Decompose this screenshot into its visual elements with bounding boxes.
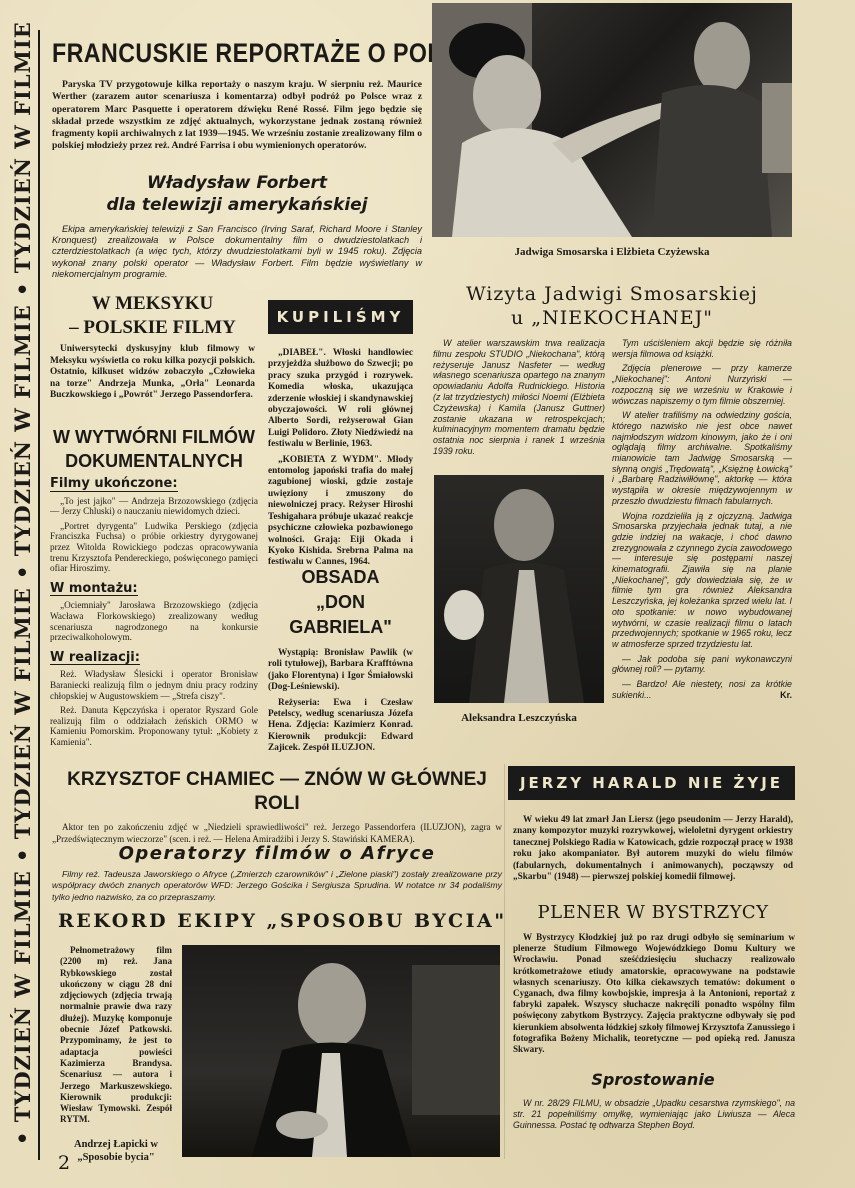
title-line: u „NIEKOCHANEJ" [432, 306, 792, 330]
section-heading: W realizacji: [50, 653, 140, 666]
article-wytwornia: W WYTWÓRNI FILMÓW DOKUMENTALNYCH Filmy u… [50, 425, 258, 751]
paragraph: „Portret dyrygenta" Ludwika Perskiego (z… [50, 521, 258, 574]
photo-caption: Aleksandra Leszczyńska [434, 712, 604, 724]
article-title: OBSADA „DON GABRIELA" [268, 565, 413, 640]
section-heading: W montażu: [50, 584, 138, 597]
author-signature: Kr. [770, 690, 792, 701]
article-body: Paryska TV przygotowuje kilka reportaży … [52, 79, 422, 153]
paragraph: W nr. 28/29 FILMU, w obsadzie „Upadku ce… [513, 1098, 795, 1132]
article-body: Ekipa amerykańskiej telewizji z San Fran… [52, 224, 422, 280]
newspaper-page: • TYDZIEŃ W FILMIE • TYDZIEŃ W FILMIE • … [0, 0, 855, 1188]
article-sprostowanie-body: W nr. 28/29 FILMU, w obsadzie „Upadku ce… [513, 1098, 795, 1136]
article-body: Filmy reż. Tadeusza Jaworskiego o Afryce… [52, 869, 502, 903]
paragraph: Tym uściśleniem akcji będzie się różniła… [612, 338, 792, 359]
spine-label: • TYDZIEŃ W FILMIE • TYDZIEŃ W FILMIE • … [8, 35, 38, 1145]
photo-lapicki [182, 945, 500, 1157]
photo-image [182, 945, 500, 1157]
title-line: W WYTWÓRNI FILMÓW [50, 425, 258, 449]
article-title-rekord: REKORD EKIPY „SPOSOBU BYCIA" [58, 910, 498, 932]
section-heading: Filmy ukończone: [50, 479, 178, 492]
photo-image [434, 475, 604, 703]
paragraph: „KOBIETA Z WYDM". Młody entomolog japońs… [268, 455, 413, 569]
section-banner: KUPILIŚMY [268, 300, 413, 334]
article-title: KRZYSZTOF CHAMIEC — ZNÓW W GŁÓWNEJ ROLI [52, 768, 502, 816]
paragraph: „DIABEŁ". Włoski handlowiec przyjeżdża s… [268, 348, 413, 451]
paragraph: Pełnometrażowy film (2200 m) reż. Jana R… [60, 945, 172, 1126]
article-rekord-body: Pełnometrażowy film (2200 m) reż. Jana R… [60, 945, 172, 1164]
section-spine: • TYDZIEŃ W FILMIE • TYDZIEŃ W FILMIE • … [8, 30, 40, 1160]
article-plener-body: W Bystrzycy Kłodzkiej już po raz drugi o… [513, 932, 795, 1059]
article-chamiec: KRZYSZTOF CHAMIEC — ZNÓW W GŁÓWNEJ ROLI … [52, 768, 502, 849]
photo-image [432, 3, 792, 237]
paragraph: — Bardzo! Ale niestety, nosi za krótkie … [612, 679, 792, 700]
article-title-plener: PLENER W BYSTRZYCY [508, 902, 798, 923]
paragraph: Ekipa amerykańskiej telewizji z San Fran… [52, 224, 422, 280]
page-number: 2 [58, 1152, 70, 1174]
article-title-sprostowanie: Sprostowanie [508, 1070, 798, 1089]
article-body: „DIABEŁ". Włoski handlowiec przyjeżdża s… [268, 348, 413, 569]
article-afryka: Operatorzy filmów o Afryce Filmy reż. Ta… [52, 842, 502, 907]
closing-line: — Bardzo! Ale niestety, nosi za krótkie … [612, 679, 792, 700]
article-smosarska-col1: W atelier warszawskim trwa realizacja fi… [433, 338, 605, 461]
article-body: Filmy ukończone: „To jest jajko" — Andrz… [50, 473, 258, 747]
photo-leszczynska [434, 475, 604, 703]
article-title: Operatorzy filmów o Afryce [52, 842, 502, 866]
paragraph: Paryska TV przygotowuje kilka reportaży … [52, 79, 422, 153]
article-forbert: Władysław Forbert dla telewizji amerykań… [52, 172, 422, 284]
photo-caption: Jadwiga Smosarska i Elżbieta Czyżewska [432, 246, 792, 258]
paragraph: Reż. Danuta Kępczyńska i operator Ryszar… [50, 705, 258, 747]
photo-caption: Andrzej Łapicki w „Sposobie bycia" [60, 1138, 172, 1164]
column-divider [504, 764, 505, 1159]
article-smosarska-col2: Tym uściśleniem akcji będzie się różniła… [612, 338, 792, 701]
title-line: OBSADA [268, 565, 413, 590]
paragraph: W wieku 49 lat zmarł Jan Liersz (jego ps… [513, 814, 793, 882]
paragraph: Filmy reż. Tadeusza Jaworskiego o Afryce… [52, 869, 502, 903]
article-title: Władysław Forbert dla telewizji amerykań… [52, 172, 422, 216]
article-meksyk: W MEKSYKU – POLSKIE FILMY Uniwersytecki … [50, 292, 255, 406]
title-line: DOKUMENTALNYCH [50, 449, 258, 473]
article-body: Uniwersytecki dyskusyjny klub filmowy w … [50, 344, 255, 402]
paragraph: „To jest jajko" — Andrzeja Brzozowskiego… [50, 496, 258, 517]
title-line: Władysław Forbert [52, 172, 422, 194]
article-harald-body: W wieku 49 lat zmarł Jan Liersz (jego ps… [513, 814, 793, 886]
title-line: Wizyta Jadwigi Smosarskiej [432, 282, 792, 306]
paragraph: Wojna rozdzieliła ją z ojczyzną. Jadwiga… [612, 511, 792, 650]
paragraph: Zdjęcia plenerowe — przy kamerze „Niekoc… [612, 363, 792, 406]
title-line: dla telewizji amerykańskiej [52, 194, 422, 216]
title-line: „DON GABRIELA" [268, 590, 413, 640]
paragraph: W Bystrzycy Kłodzkiej już po raz drugi o… [513, 932, 795, 1055]
article-obsada: OBSADA „DON GABRIELA" Wystąpią: Bronisła… [268, 565, 413, 759]
article-title: W WYTWÓRNI FILMÓW DOKUMENTALNYCH [50, 425, 258, 473]
article-kupilismy: KUPILIŚMY „DIABEŁ". Włoski handlowiec pr… [268, 300, 413, 573]
paragraph: Reżyseria: Ewa i Czesław Petelscy, wedłu… [268, 698, 413, 755]
article-body: Wystąpią: Bronisław Pawlik (w roli tytuł… [268, 648, 413, 755]
paragraph: Uniwersytecki dyskusyjny klub filmowy w … [50, 344, 255, 402]
article-title-smosarska: Wizyta Jadwigi Smosarskiej u „NIEKOCHANE… [432, 282, 792, 330]
paragraph: Wystąpią: Bronisław Pawlik (w roli tytuł… [268, 648, 413, 694]
article-title: FRANCUSKIE REPORTAŻE O POLSCE [52, 38, 370, 69]
paragraph: Reż. Władysław Ślesicki i operator Broni… [50, 669, 258, 701]
title-line: W MEKSYKU [50, 292, 255, 316]
paragraph: W atelier warszawskim trwa realizacja fi… [433, 338, 605, 457]
article-title: W MEKSYKU – POLSKIE FILMY [50, 292, 255, 340]
photo-smosarska-czyzewska [432, 3, 792, 237]
paragraph: „Ociemniały" Jarosława Brzozowskiego (zd… [50, 600, 258, 642]
paragraph: — Jak podoba się pani wykonawczyni główn… [612, 654, 792, 675]
title-line: – POLSKIE FILMY [50, 316, 255, 340]
article-francuskie: FRANCUSKIE REPORTAŻE O POLSCE Paryska TV… [52, 38, 422, 157]
section-banner-harald: JERZY HARALD NIE ŻYJE [508, 766, 795, 800]
paragraph: W atelier trafiliśmy na odwiedziny gości… [612, 410, 792, 506]
